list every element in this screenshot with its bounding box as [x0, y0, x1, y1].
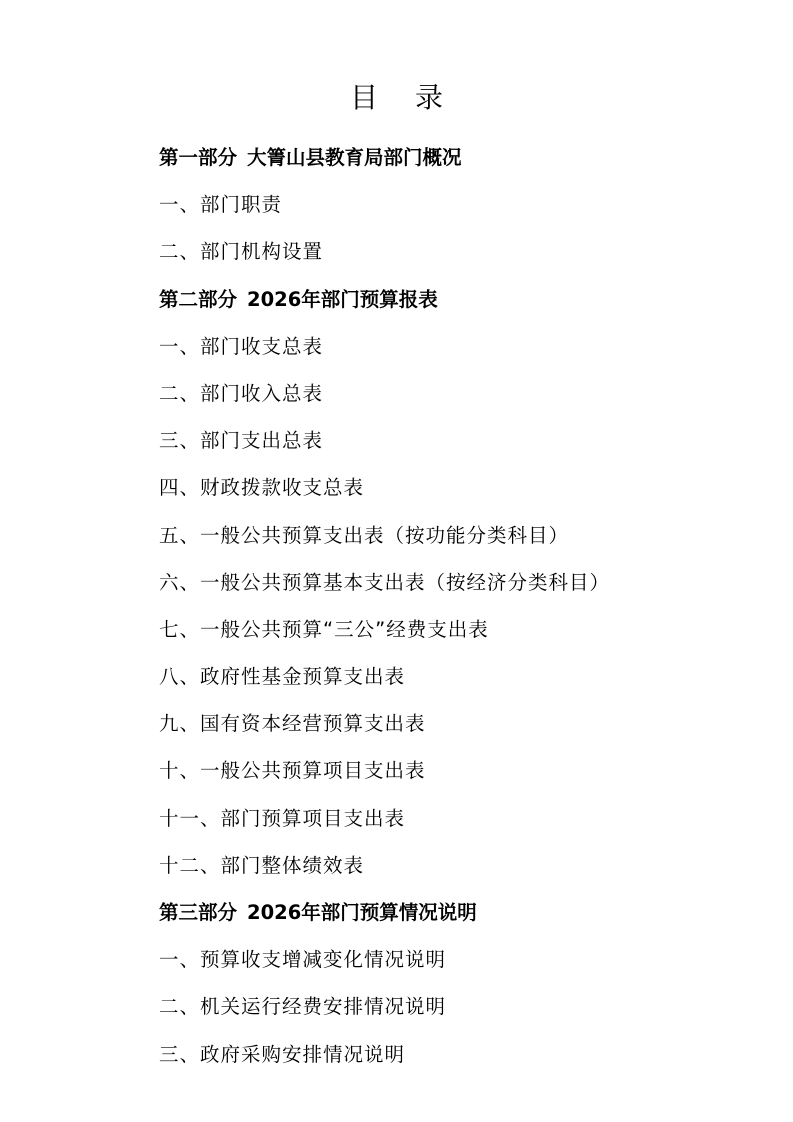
table-of-contents: 第一部分大箐山县教育局部门概况 一、部门职责 二、部门机构设置 第二部分2026…: [159, 143, 610, 1087]
item-number: 二、: [159, 382, 200, 405]
item-number: 七、: [159, 618, 200, 641]
item-title: 预算收支增减变化情况说明: [200, 948, 446, 971]
item-title: 部门收入总表: [200, 382, 323, 405]
toc-part-2[interactable]: 第二部分2026年部门预算报表: [159, 285, 610, 332]
item-title: 部门收支总表: [200, 335, 323, 358]
item-title: 部门支出总表: [200, 429, 323, 452]
toc-item[interactable]: 八、政府性基金预算支出表: [159, 662, 610, 709]
toc-item[interactable]: 十二、部门整体绩效表: [159, 851, 610, 898]
item-number: 一、: [159, 948, 200, 971]
toc-item[interactable]: 二、部门收入总表: [159, 379, 610, 426]
toc-item[interactable]: 三、政府采购安排情况说明: [159, 1040, 610, 1087]
item-number: 一、: [159, 193, 200, 216]
toc-item[interactable]: 十、一般公共预算项目支出表: [159, 756, 610, 803]
item-title: 国有资本经营预算支出表: [200, 712, 426, 735]
item-number: 十一、: [159, 807, 221, 830]
item-title: 一般公共预算基本支出表（按经济分类科目）: [200, 571, 610, 594]
item-title: 机关运行经费安排情况说明: [200, 995, 446, 1018]
item-number: 一、: [159, 335, 200, 358]
item-number: 四、: [159, 476, 200, 499]
toc-item[interactable]: 二、机关运行经费安排情况说明: [159, 992, 610, 1039]
item-number: 五、: [159, 524, 200, 547]
item-title: 政府性基金预算支出表: [200, 665, 405, 688]
toc-item[interactable]: 七、一般公共预算“三公”经费支出表: [159, 615, 610, 662]
toc-part-1[interactable]: 第一部分大箐山县教育局部门概况: [159, 143, 610, 190]
item-title: 部门机构设置: [200, 240, 323, 263]
toc-item[interactable]: 一、部门收支总表: [159, 332, 610, 379]
item-title: 部门整体绩效表: [221, 854, 365, 877]
toc-title: 目 录: [0, 78, 793, 118]
toc-item[interactable]: 一、部门职责: [159, 190, 610, 237]
item-title: 一般公共预算支出表（按功能分类科目）: [200, 524, 569, 547]
item-title: 财政拨款收支总表: [200, 476, 364, 499]
item-number: 三、: [159, 429, 200, 452]
document-page: 目 录 第一部分大箐山县教育局部门概况 一、部门职责 二、部门机构设置 第二部分…: [0, 0, 793, 1122]
item-title: 一般公共预算项目支出表: [200, 759, 426, 782]
item-number: 十二、: [159, 854, 221, 877]
toc-part-3[interactable]: 第三部分2026年部门预算情况说明: [159, 898, 610, 945]
item-number: 三、: [159, 1043, 200, 1066]
item-title: 部门职责: [200, 193, 282, 216]
toc-item[interactable]: 二、部门机构设置: [159, 237, 610, 284]
toc-item[interactable]: 一、预算收支增减变化情况说明: [159, 945, 610, 992]
part-label: 第二部分: [159, 285, 237, 315]
item-title: 部门预算项目支出表: [221, 807, 406, 830]
toc-item[interactable]: 六、一般公共预算基本支出表（按经济分类科目）: [159, 568, 610, 615]
item-number: 二、: [159, 995, 200, 1018]
part-title: 大箐山县教育局部门概况: [247, 146, 462, 169]
toc-item[interactable]: 五、一般公共预算支出表（按功能分类科目）: [159, 521, 610, 568]
item-title: 政府采购安排情况说明: [200, 1043, 405, 1066]
item-number: 二、: [159, 240, 200, 263]
item-number: 九、: [159, 712, 200, 735]
toc-item[interactable]: 十一、部门预算项目支出表: [159, 804, 610, 851]
item-number: 八、: [159, 665, 200, 688]
toc-item[interactable]: 三、部门支出总表: [159, 426, 610, 473]
toc-item[interactable]: 九、国有资本经营预算支出表: [159, 709, 610, 756]
item-title: 一般公共预算“三公”经费支出表: [200, 618, 489, 641]
item-number: 六、: [159, 571, 200, 594]
part-title: 2026年部门预算情况说明: [247, 901, 477, 924]
item-number: 十、: [159, 759, 200, 782]
part-label: 第三部分: [159, 898, 237, 928]
part-label: 第一部分: [159, 143, 237, 173]
part-title: 2026年部门预算报表: [247, 288, 438, 311]
toc-item[interactable]: 四、财政拨款收支总表: [159, 473, 610, 520]
